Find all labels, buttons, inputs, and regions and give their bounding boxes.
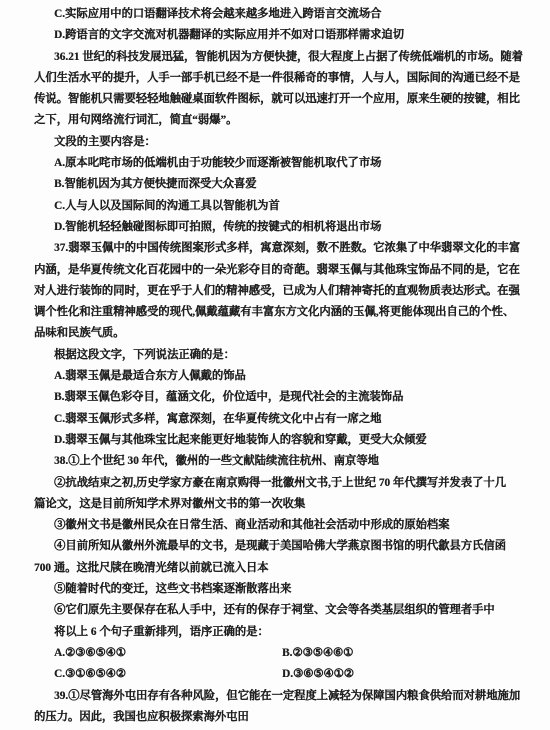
doc-line: 内涵，是华夏传统文化百花园中的一朵光彩夺目的奇葩。翡翠玉佩与其他珠宝饰品不同的是… <box>34 260 516 281</box>
doc-line: ⑤随着时代的变迁，这些文书档案逐渐散落出来 <box>34 579 516 600</box>
option-row: A.②③⑥⑤④①B.②③⑤④⑥① <box>34 643 516 664</box>
doc-line: 36.21 世纪的科技发展迅猛，智能机因为方便快捷，很大程度上占据了传统低端机的… <box>34 47 516 68</box>
doc-line: 对人进行装饰的同时，更在乎于人们的精神感受，已成为人们精神寄托的直观物质表达形式… <box>34 281 516 302</box>
doc-line: 调个性化和注重精神感受的现代,佩戴蕴藏有丰富东方文化内涵的玉佩,将更能体现出自己… <box>34 302 516 323</box>
document-page: C.实际应用中的口语翻译技术将会越来越多地进入跨语言交流场合D.跨语言的文字交流… <box>0 0 550 730</box>
doc-line: 38.①上个世纪 30 年代，徽州的一些文献陆续流往杭州、南京等地 <box>34 451 516 472</box>
doc-line: 39.①尽管海外屯田存有各种风险，但它能在一定程度上减轻为保障国内粮食供给而对耕… <box>34 686 516 707</box>
doc-line: C.人与人以及国际间的沟通工具以智能机为首 <box>34 196 516 217</box>
doc-line: D.翡翠玉佩与其他珠宝比起来能更好地装饰人的容貌和穿戴，更受大众倾爱 <box>34 430 516 451</box>
doc-line: 37.翡翠玉佩中的中国传统图案形式多样，寓意深刻，数不胜数。它浓集了中华翡翠文化… <box>34 238 516 259</box>
option-cell: D.③⑥⑤④①② <box>282 664 354 685</box>
doc-line: 篇论文，这是目前所知学术界对徽州文书的第一次收集 <box>34 494 516 515</box>
option-row: C.③①⑥⑤④②D.③⑥⑤④①② <box>34 664 516 685</box>
doc-line: D.智能机轻轻触碰图标即可拍照，传统的按键式的相机将退出市场 <box>34 217 516 238</box>
doc-line: 的压力。因此，我国也应积极探索海外屯田 <box>34 707 516 728</box>
option-cell: A.②③⑥⑤④① <box>54 643 282 664</box>
doc-line: ②抗战结束之初,历史学家方豪在南京购得一批徽州文书,于上世纪 70 年代撰写并发… <box>34 473 516 494</box>
doc-line: ⑥它们原先主要保存在私人手中，还有的保存于祠堂、文会等各类基层组织的管理者手中 <box>34 600 516 621</box>
document-body: C.实际应用中的口语翻译技术将会越来越多地进入跨语言交流场合D.跨语言的文字交流… <box>34 4 516 728</box>
doc-line: ④目前所知从徽州外流最早的文书，是现藏于美国哈佛大学燕京图书馆的明代歙县方氏信函 <box>34 536 516 557</box>
doc-line: 将以上 6 个句子重新排列，语序正确的是： <box>34 622 516 643</box>
doc-line: 传说。智能机只需要轻轻地触碰桌面软件图标，就可以迅速打开一个应用，原来生硬的按键… <box>34 89 516 110</box>
option-cell: C.③①⑥⑤④② <box>54 664 282 685</box>
doc-line: D.跨语言的文字交流对机器翻译的实际应用并不如对口语那样需求迫切 <box>34 25 516 46</box>
doc-line: 人们生活水平的提升，人手一部手机已经不是一件很稀奇的事情，人与人，国际间的沟通已… <box>34 68 516 89</box>
doc-line: C.实际应用中的口语翻译技术将会越来越多地进入跨语言交流场合 <box>34 4 516 25</box>
doc-line: ③徽州文书是徽州民众在日常生活、商业活动和其他社会活动中形成的原始档案 <box>34 515 516 536</box>
doc-line: 文段的主要内容是： <box>34 132 516 153</box>
doc-line: A.原本叱咤市场的低端机由于功能较少而逐渐被智能机取代了市场 <box>34 153 516 174</box>
doc-line: 根据这段文字，下列说法正确的是： <box>34 345 516 366</box>
option-cell: B.②③⑤④⑥① <box>282 643 353 664</box>
doc-line: C.翡翠玉佩形式多样，寓意深刻，在华夏传统文化中占有一席之地 <box>34 409 516 430</box>
doc-line: 之下，用句网络流行词汇，简直“弱爆”。 <box>34 110 516 131</box>
doc-line: A.翡翠玉佩是最适合东方人佩戴的饰品 <box>34 366 516 387</box>
doc-line: 700 通。这批尺牍在晚清光绪以前就已流入日本 <box>34 558 516 579</box>
doc-line: B.翡翠玉佩色彩夺目，蕴涵文化，价位适中，是现代社会的主流装饰品 <box>34 387 516 408</box>
doc-line: 品味和民族气质。 <box>34 323 516 344</box>
doc-line: B.智能机因为其方便快捷而深受大众喜爱 <box>34 174 516 195</box>
